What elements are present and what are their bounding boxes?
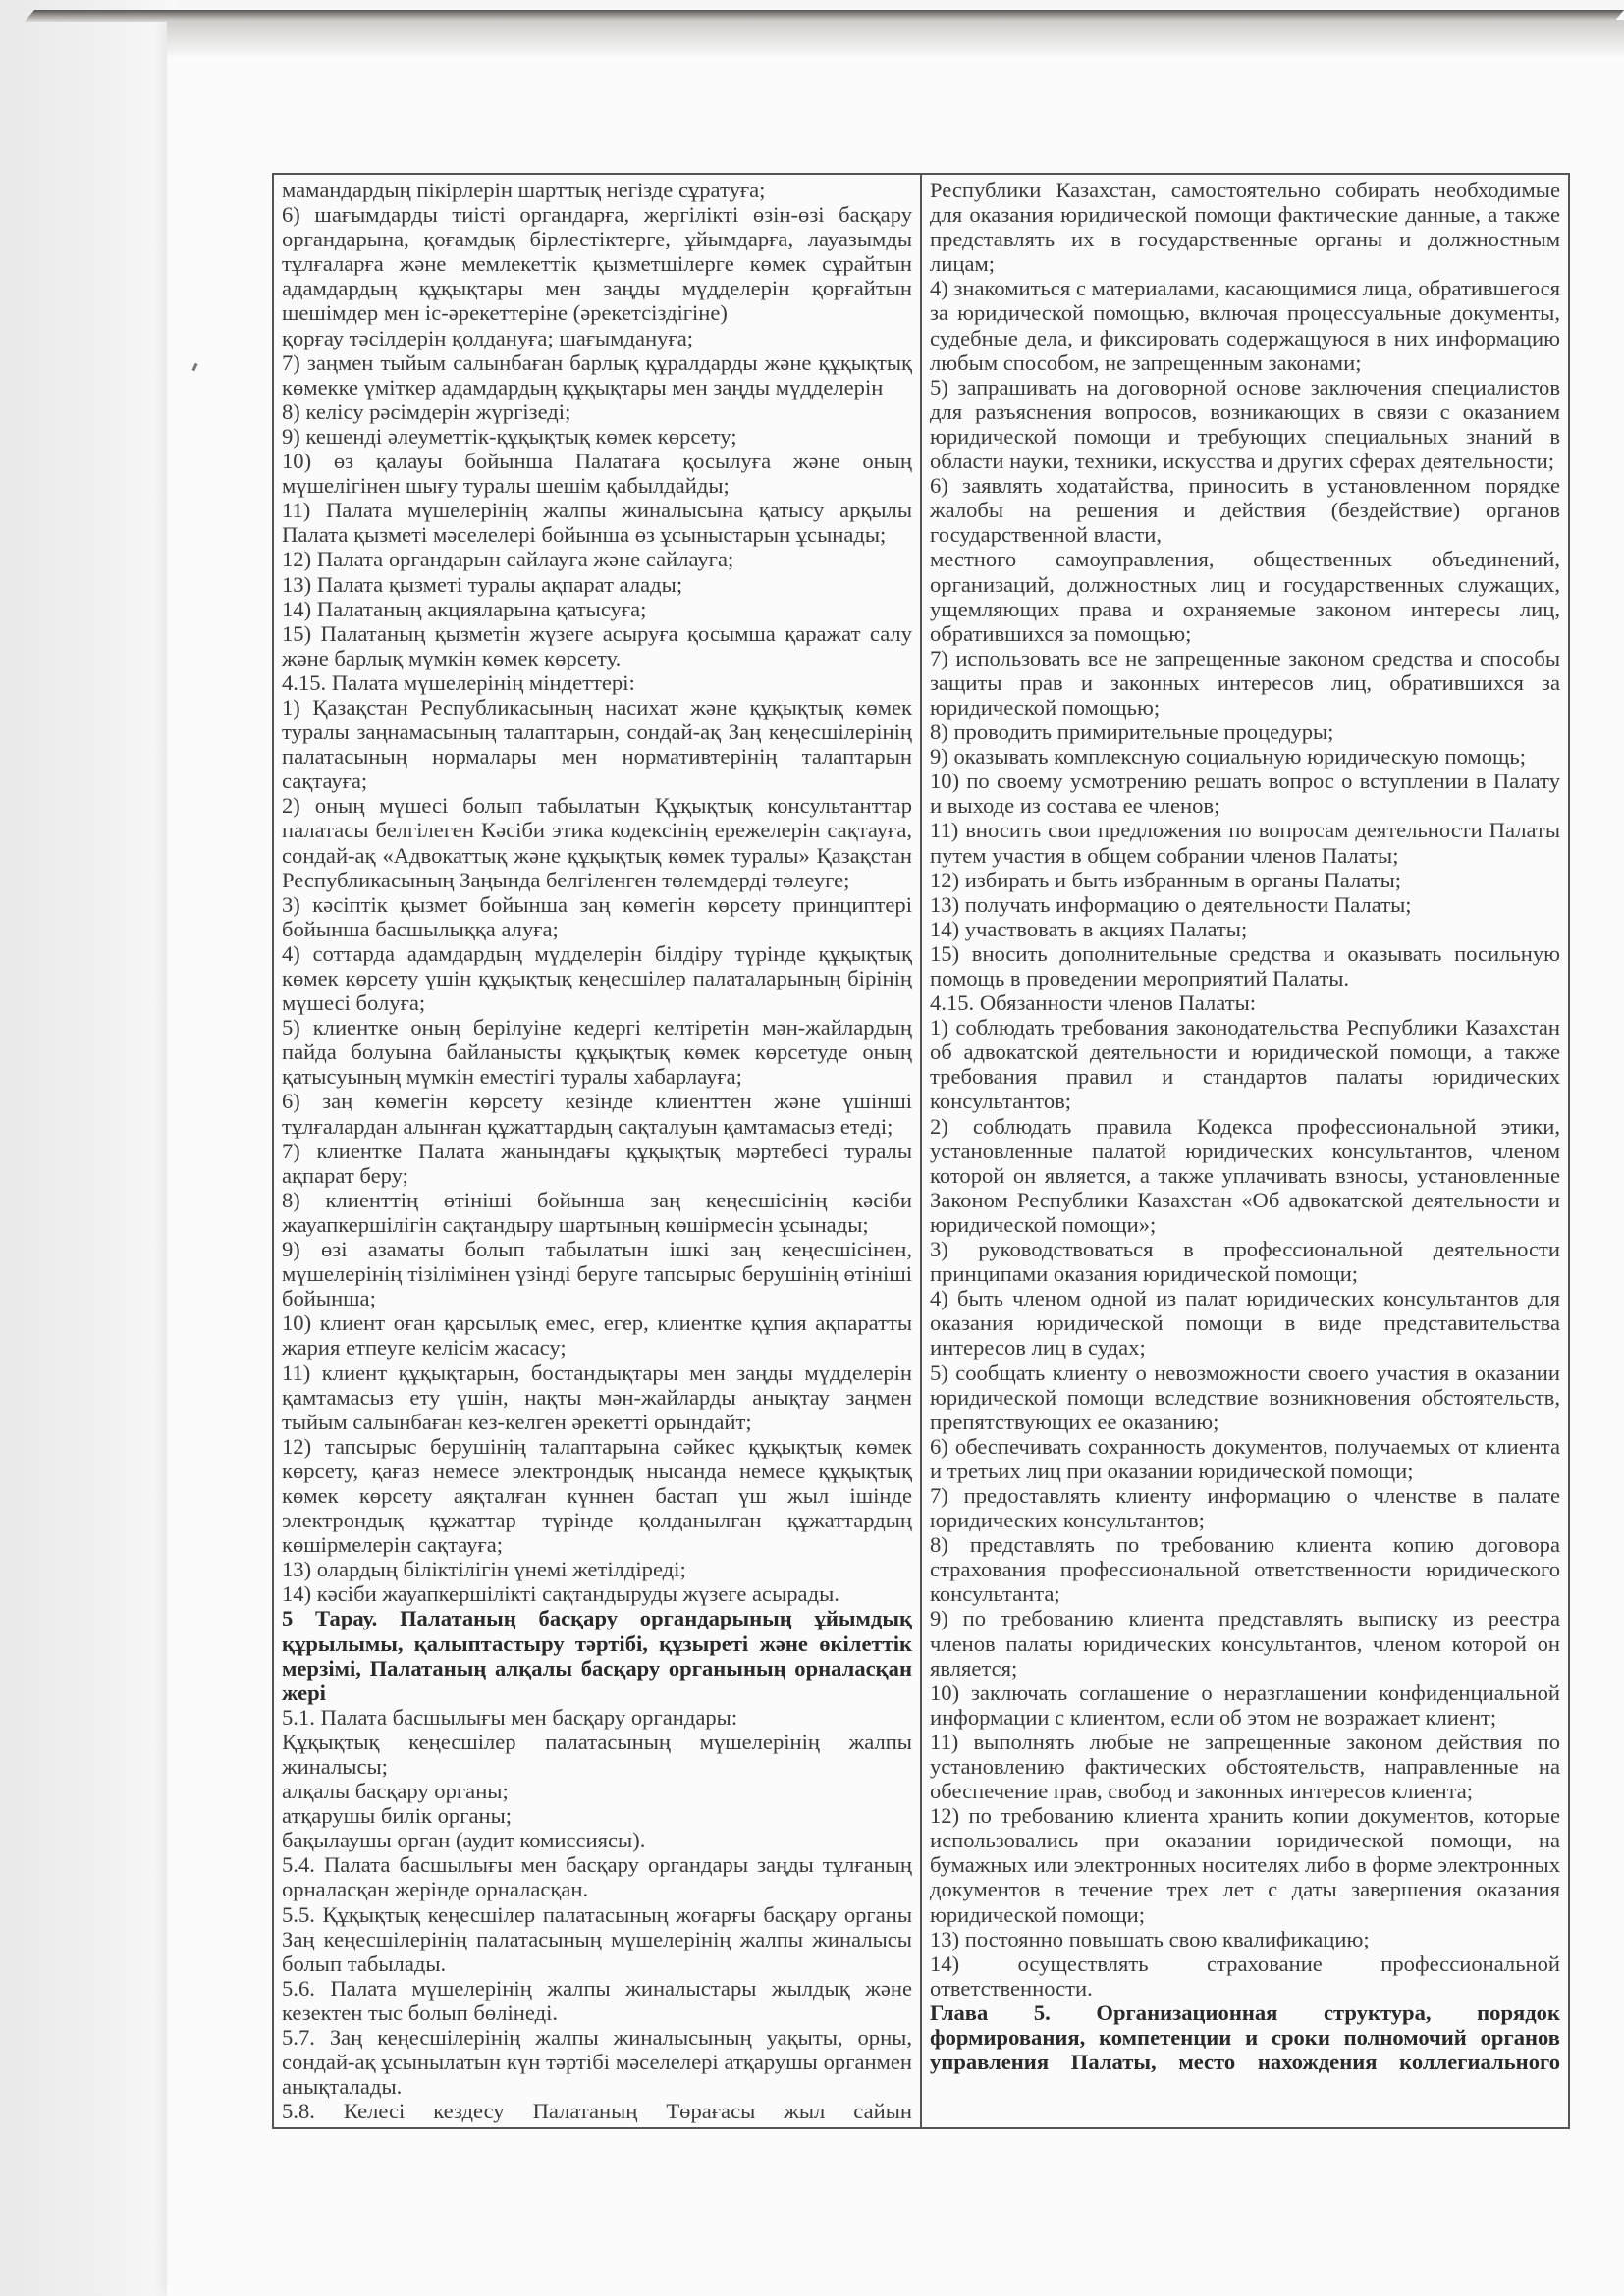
paragraph: 11) Палата мүшелерінің жалпы жиналысына … xyxy=(282,498,912,547)
paragraph: 6) обеспечивать сохранность документов, … xyxy=(930,1434,1560,1483)
paragraph: 14) кәсіби жауапкершілікті сақтандыруды … xyxy=(282,1581,912,1606)
paragraph: 9) кешенді әлеуметтік-құқықтық көмек көр… xyxy=(282,424,912,449)
paragraph: 10) өз қалауы бойынша Палатаға қосылуға … xyxy=(282,449,912,498)
paragraph: 7) заңмен тыйым салынбаған барлық құралд… xyxy=(282,350,912,400)
paragraph: 1) Қазақстан Республикасының насихат жән… xyxy=(282,695,912,793)
paragraph: Құқықтық кеңесшілер палатасының мүшелері… xyxy=(282,1730,912,1779)
paragraph: 10) по своему усмотрению решать вопрос о… xyxy=(930,769,1560,818)
scan-margin xyxy=(0,0,177,2296)
scan-edge-artifact xyxy=(25,10,1624,22)
paragraph: 11) клиент құқықтарын, бостандықтары мен… xyxy=(282,1361,912,1434)
paragraph: 12) Палата органдарын сайлауға және сайл… xyxy=(282,547,912,571)
paragraph: 8) клиенттің өтініші бойынша заң кеңесші… xyxy=(282,1188,912,1237)
paragraph: 4.15. Палата мүшелерінің міндеттері: xyxy=(282,670,912,695)
paragraph: 10) заключать соглашение о неразглашении… xyxy=(930,1681,1560,1730)
paragraph: 13) олардың біліктілігін үнемі жетілдіре… xyxy=(282,1557,912,1581)
section-heading: Глава 5. Организационная структура, поря… xyxy=(930,2001,1560,2074)
paragraph: бақылаушы орган (аудит комиссиясы). xyxy=(282,1828,912,1852)
section-heading: 5 Тарау. Палатаның басқару органдарының … xyxy=(282,1606,912,1704)
kazakh-text-column: мамандардың пікірлерін шарттық негізде с… xyxy=(273,174,921,2128)
paragraph: 9) оказывать комплексную социальную юрид… xyxy=(930,744,1560,769)
paragraph: 12) тапсырыс берушінің талаптарына сәйке… xyxy=(282,1434,912,1557)
paragraph: местного самоуправления, общественных об… xyxy=(930,547,1560,645)
paragraph: алқалы басқару органы; xyxy=(282,1779,912,1803)
paragraph: 13) Палата қызметі туралы ақпарат алады; xyxy=(282,572,912,597)
paragraph: 6) заявлять ходатайства, приносить в уст… xyxy=(930,473,1560,547)
scan-shadow xyxy=(167,20,1624,59)
paragraph: 12) избирать и быть избранным в органы П… xyxy=(930,868,1560,892)
paragraph: қорғау тәсілдерін қолдануға; шағымдануға… xyxy=(282,326,912,350)
paragraph: 5.4. Палата басшылығы мен басқару органд… xyxy=(282,1852,912,1901)
paragraph: 9) өзі азаматы болып табылатын ішкі заң … xyxy=(282,1237,912,1310)
paragraph: 14) Палатаның акцияларына қатысуға; xyxy=(282,597,912,621)
paragraph: 12) по требованию клиента хранить копии … xyxy=(930,1803,1560,1926)
paragraph: 14) участвовать в акциях Палаты; xyxy=(930,917,1560,941)
paragraph: 5) запрашивать на договорной основе закл… xyxy=(930,375,1560,473)
paragraph: 8) представлять по требованию клиента ко… xyxy=(930,1532,1560,1606)
paragraph: 5.1. Палата басшылығы мен басқару органд… xyxy=(282,1705,912,1730)
paragraph: 7) клиентке Палата жанындағы құқықтық мә… xyxy=(282,1139,912,1188)
paragraph: Республики Казахстан, самостоятельно соб… xyxy=(930,178,1560,276)
paragraph: 15) вносить дополнительные средства и ок… xyxy=(930,941,1560,990)
paragraph: 3) кәсіптік қызмет бойынша заң көмегін к… xyxy=(282,892,912,941)
paragraph: 7) использовать все не запрещенные закон… xyxy=(930,646,1560,720)
paragraph: 1) соблюдать требования законодательства… xyxy=(930,1015,1560,1113)
paragraph: 4) быть членом одной из палат юридически… xyxy=(930,1286,1560,1360)
paragraph: 4) соттарда адамдардың мүдделерін білдір… xyxy=(282,941,912,1015)
bilingual-text-table: мамандардың пікірлерін шарттық негізде с… xyxy=(272,173,1570,2129)
paragraph: 8) келісу рәсімдерін жүргізеді; xyxy=(282,400,912,424)
paragraph: 6) шағымдарды тиісті органдарға, жергілі… xyxy=(282,202,912,325)
table-row: мамандардың пікірлерін шарттық негізде с… xyxy=(273,174,1569,2128)
paragraph: 11) выполнять любые не запрещенные закон… xyxy=(930,1730,1560,1803)
paragraph: 2) оның мүшесі болып табылатын Құқықтық … xyxy=(282,793,912,891)
paragraph: 11) вносить свои предложения по вопросам… xyxy=(930,818,1560,867)
paragraph: 9) по требованию клиента представлять вы… xyxy=(930,1606,1560,1680)
russian-text-column: Республики Казахстан, самостоятельно соб… xyxy=(921,174,1569,2128)
paragraph: 5.7. Заң кеңесшілерінің жалпы жиналысыны… xyxy=(282,2025,912,2099)
paragraph: 8) проводить примирительные процедуры; xyxy=(930,720,1560,744)
paragraph: 14) осуществлять страхование профессиона… xyxy=(930,1951,1560,2001)
paragraph: 5.8. Келесі кездесу Палатаның Төрағасы ж… xyxy=(282,2099,912,2123)
paragraph: 5) клиентке оның берілуіне кедергі келті… xyxy=(282,1015,912,1089)
paragraph: 7) предоставлять клиенту информацию о чл… xyxy=(930,1483,1560,1532)
paragraph: 15) Палатаның қызметін жүзеге асыруға қо… xyxy=(282,621,912,670)
paragraph: 10) клиент оған қарсылық емес, егер, кли… xyxy=(282,1310,912,1360)
paragraph: 3) руководствоваться в профессиональной … xyxy=(930,1237,1560,1286)
paragraph: 6) заң көмегін көрсету кезінде клиенттен… xyxy=(282,1089,912,1138)
paragraph: 5.5. Құқықтық кеңесшілер палатасының жоғ… xyxy=(282,1902,912,1976)
paragraph: 13) постоянно повышать свою квалификацию… xyxy=(930,1927,1560,1951)
paragraph: атқарушы билік органы; xyxy=(282,1803,912,1828)
paragraph: 5.6. Палата мүшелерінің жалпы жиналыстар… xyxy=(282,1976,912,2025)
paragraph: 4.15. Обязанности членов Палаты: xyxy=(930,990,1560,1015)
paragraph: мамандардың пікірлерін шарттық негізде с… xyxy=(282,178,912,202)
paragraph: 13) получать информацию о деятельности П… xyxy=(930,892,1560,917)
paragraph: 4) знакомиться с материалами, касающимис… xyxy=(930,276,1560,374)
paragraph: 5) сообщать клиенту о невозможности свое… xyxy=(930,1361,1560,1434)
paragraph: 2) соблюдать правила Кодекса профессиона… xyxy=(930,1114,1560,1237)
